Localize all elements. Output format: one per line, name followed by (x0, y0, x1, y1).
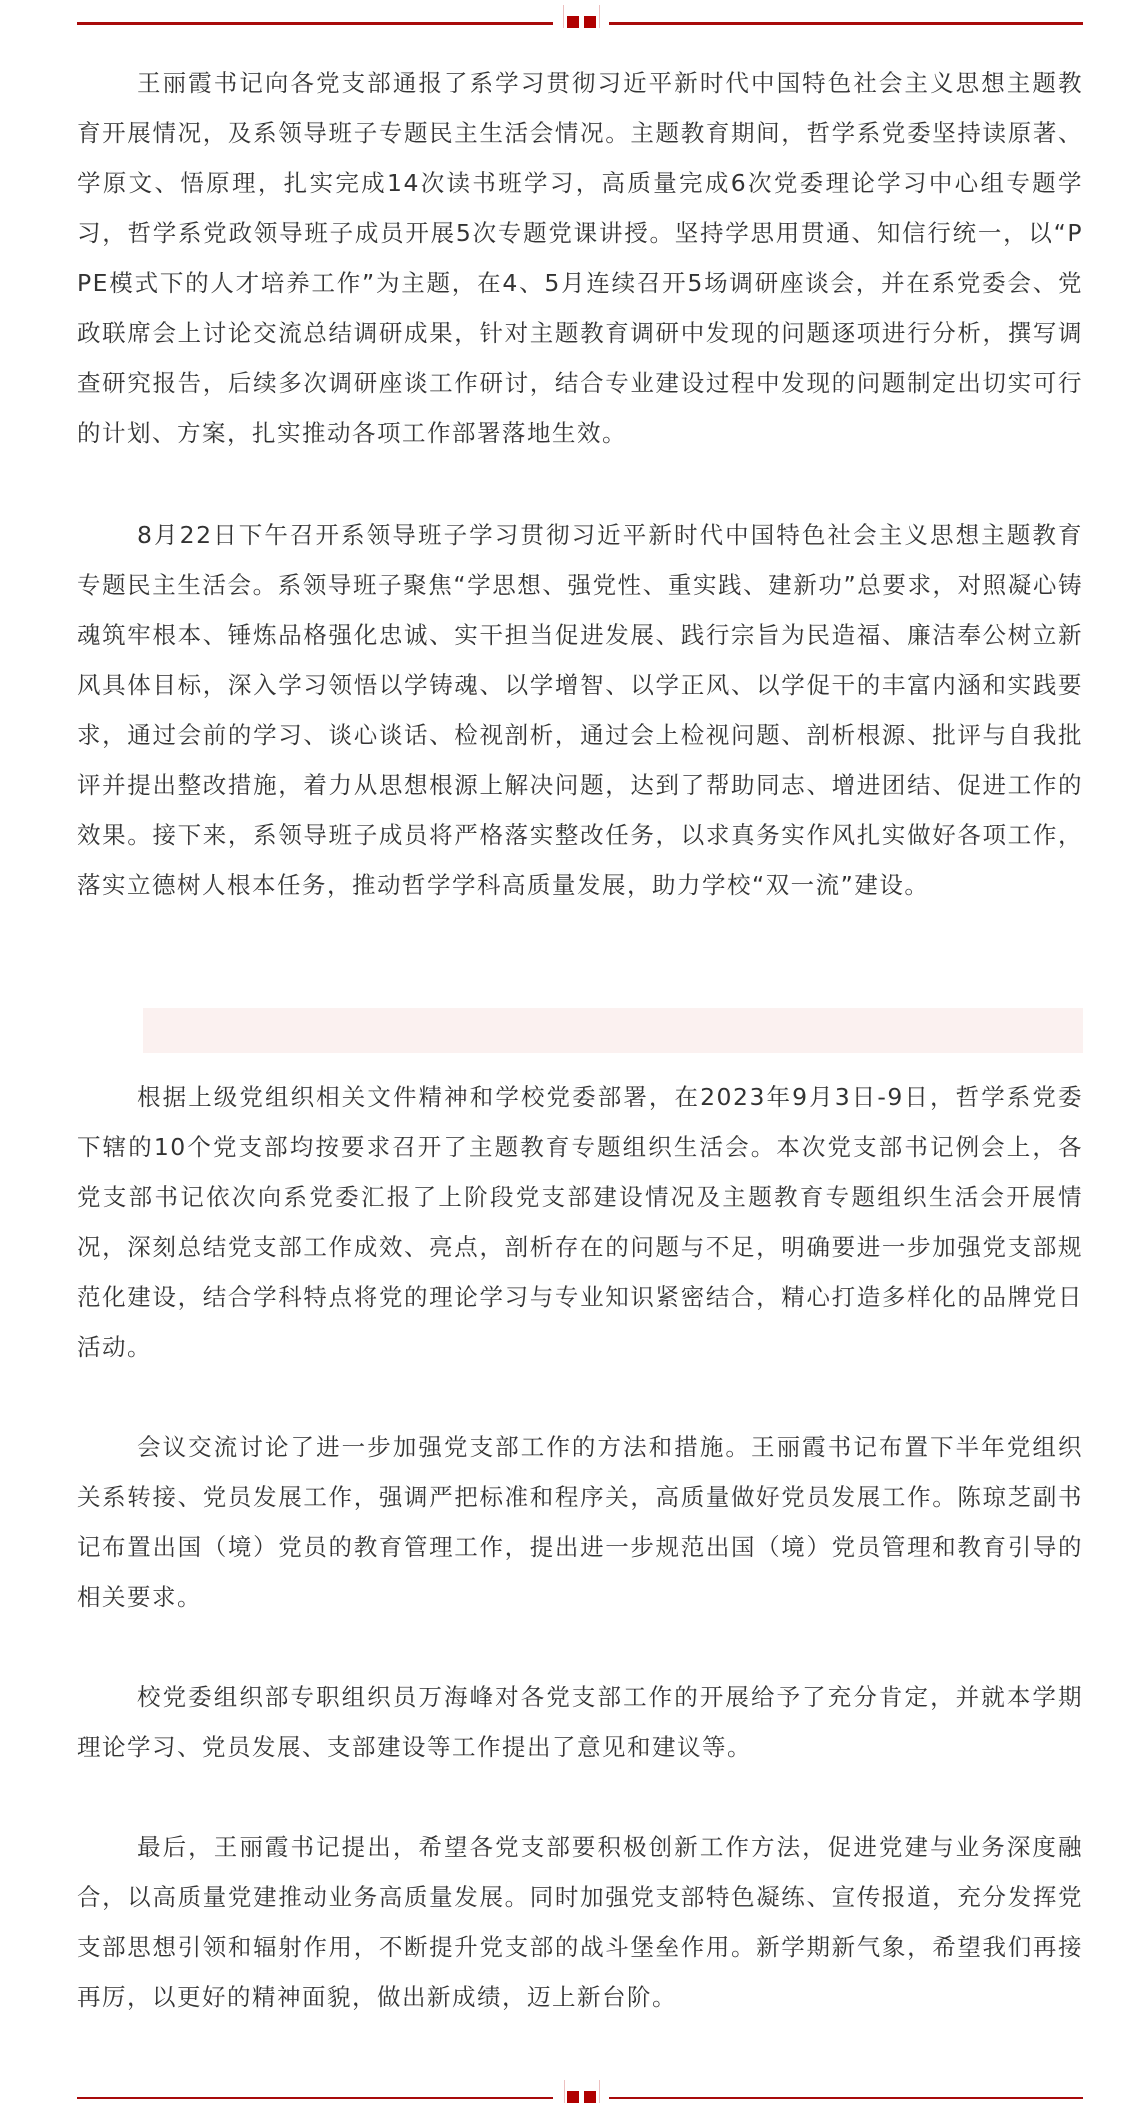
article-paragraph: 8月22日下午召开系领导班子学习贯彻习近平新时代中国特色社会主义思想主题教育专题… (77, 510, 1083, 910)
divider-bracket-left (563, 5, 564, 28)
ornament-square-icon (584, 16, 596, 28)
article-paragraph: 根据上级党组织相关文件精神和学校党委部署，在2023年9月3日-9日，哲学系党委… (77, 1072, 1083, 1372)
article-paragraph: 王丽霞书记向各党支部通报了系学习贯彻习近平新时代中国特色社会主义思想主题教育开展… (77, 58, 1083, 458)
divider-bracket-right (599, 5, 600, 28)
article-paragraph: 会议交流讨论了进一步加强党支部工作的方法和措施。王丽霞书记布置下半年党组织关系转… (77, 1422, 1083, 1622)
article-paragraph: 最后，王丽霞书记提出，希望各党支部要积极创新工作方法，促进党建与业务深度融合，以… (77, 1822, 1083, 2022)
divider-line-left (77, 22, 553, 25)
divider-line-left (77, 2097, 553, 2099)
ornament-square-icon (584, 2091, 596, 2103)
top-divider (77, 5, 1083, 35)
ornament-square-icon (567, 16, 579, 28)
divider-line-right (609, 22, 1083, 25)
bottom-divider (77, 2080, 1083, 2110)
divider-line-right (609, 2097, 1083, 2099)
article-paragraph: 校党委组织部专职组织员万海峰对各党支部工作的开展给予了充分肯定，并就本学期理论学… (77, 1672, 1083, 1772)
ornament-square-icon (567, 2091, 579, 2103)
divider-bracket-left (564, 2080, 565, 2103)
divider-bracket-right (599, 2080, 600, 2103)
section-separator-band (143, 1008, 1083, 1053)
